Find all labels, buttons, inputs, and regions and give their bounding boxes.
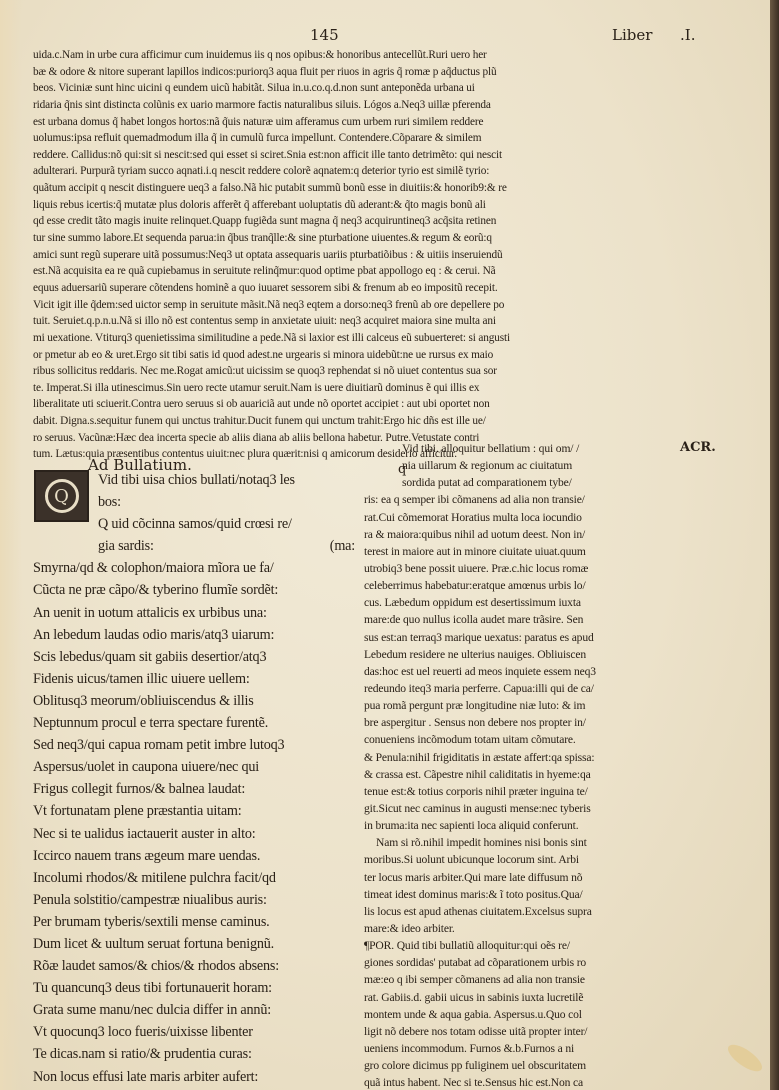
gloss-line: quã intus habent. Nec si te.Sensus hic e… — [364, 1074, 676, 1090]
commentary-line: Vicit igit ille q̃dem:sed uictor semp in… — [33, 297, 673, 314]
gloss-line: Vid tibi. alloquitur bellatium : qui om/… — [364, 440, 676, 457]
commentary-line: est.Nã acquisita ea re quã cupiebamus in… — [33, 263, 673, 280]
gloss-line: sus est:an terraq3 marique uexatus: para… — [364, 629, 676, 646]
poem-line: Vt fortunatam plene præstantia uitam: — [33, 800, 363, 822]
poem-line: Oblitusq3 meorum/obliuiscendus & illis — [33, 690, 363, 712]
poem-line: Penula solstitio/campestræ niualibus aur… — [33, 889, 363, 911]
margin-note: ACR. — [680, 440, 716, 455]
gloss-line: conueniens incõmodum totam uitam cõmutar… — [364, 731, 676, 748]
commentary-line: or pmetur ab eo & uret.Ergo sit tibi sat… — [33, 347, 673, 364]
poem-line: Scis lebedus/quam sit gabiis desertior/a… — [33, 646, 363, 668]
commentary-block: uida.c.Nam in urbe cura afficimur cum in… — [33, 47, 673, 463]
gloss-line: ligit nõ debere nos totam odisse uitã pr… — [364, 1023, 676, 1040]
gloss-line: & Penula:nihil frigiditatis in æstate af… — [364, 749, 676, 766]
poem-line: Sed neq3/qui capua romam petit imbre lut… — [33, 734, 363, 756]
gloss-line: utrobiq3 bene possit uiuere. Præ.c.hic l… — [364, 560, 676, 577]
poem-line: Tu quancunq3 deus tibi fortunauerit hora… — [33, 977, 363, 999]
gloss-line: rat. Gabiis.d. gabii uicus in sabinis iu… — [364, 989, 676, 1006]
poem-line: Dum licet & uultum seruat fortuna benign… — [33, 933, 363, 955]
gloss-line: tenue est:& totius corporis nihil præter… — [364, 783, 676, 800]
gloss-line: ueniens incommodum. Furnos &.b.Furnos a … — [364, 1040, 676, 1057]
commentary-line: bæ & odore & nitore superant lapillos in… — [33, 64, 673, 81]
gloss-line: montem unde & aqua gabia. Aspersus.u.Quo… — [364, 1006, 676, 1023]
page-gutter-shadow — [0, 0, 22, 1090]
poem-overflow-word: (ma: — [330, 535, 355, 557]
commentary-line: adulterari. Purpurã tyriam succo aqnati.… — [33, 163, 673, 180]
initial-letter: Q — [45, 479, 79, 513]
gloss-line: in bruma:ita nec sapienti loca aliquid c… — [364, 817, 676, 834]
poem-line: Te dicas.nam si ratio/& prudentia curas: — [33, 1043, 363, 1065]
commentary-line: equus aduersariũ superare cõtendens homi… — [33, 280, 673, 297]
gloss-line: terest in maiore aut in minore ciuitate … — [364, 543, 676, 560]
gloss-line: celeberrimus habebatur:eratque amœnus ur… — [364, 577, 676, 594]
folio-number: 145 — [310, 26, 339, 44]
book-number: .I. — [680, 26, 695, 44]
commentary-line: mi uexatione. Vtiturq3 quenietissima sim… — [33, 330, 673, 347]
commentary-line: ridaria q̃nis sint distincta colũnis ex … — [33, 97, 673, 114]
gloss-line: mare:de quo nullus icolla audet mare trã… — [364, 611, 676, 628]
poem-line: Aspersus/uolet in caupona uiuere/nec qui — [33, 756, 363, 778]
gloss-line: & crassa est. Cãpestre nihil caliditatis… — [364, 766, 676, 783]
poem-line: Iccirco nauem trans ægeum mare uendas. — [33, 845, 363, 867]
poem-line: Neptunnum procul e terra spectare furent… — [33, 712, 363, 734]
commentary-line: est urbana domus q̃ habet longos hortos:… — [33, 114, 673, 131]
page-right-edge — [770, 0, 779, 1090]
gloss-line: gro colore dicimus pp fuliginem uel obsc… — [364, 1057, 676, 1074]
poem-line: gia sardis:(ma: — [33, 535, 363, 557]
gloss-line: ra & maiora:quibus nihil ad uotum deest.… — [364, 526, 676, 543]
poem-line: Vt quocunq3 loco fueris/uixisse libenter — [33, 1021, 363, 1043]
commentary-line: beos. Viciniæ sunt hinc uicini q eundem … — [33, 80, 673, 97]
gloss-line: timeat idest dominus maris:& ĩ toto posi… — [364, 886, 676, 903]
commentary-line: quãtum accipit q nescit distinguere ueq3… — [33, 180, 673, 197]
gloss-line: git.Sicut nec caminus in augusti mense:n… — [364, 800, 676, 817]
commentary-line: uida.c.Nam in urbe cura afficimur cum in… — [33, 47, 673, 64]
poem-line: Per brumam tyberis/sextili mense caminus… — [33, 911, 363, 933]
gloss-line: mare:& ideo arbiter. — [364, 920, 676, 937]
poem-line: Smyrna/qd & colophon/maiora mĩora ue fa/ — [33, 557, 363, 579]
poem-line: Incolumi rhodos/& mitilene pulchra facit… — [33, 867, 363, 889]
poem-line: Fidenis uicus/tamen illic uiuere uellem: — [33, 668, 363, 690]
gloss-line: Nam si rõ.nihil impedit homines nisi bon… — [364, 834, 676, 851]
gloss-line: nia uillarum & regionum ac ciuitatum — [364, 457, 676, 474]
running-title: Liber — [612, 26, 652, 44]
poem-line: Frigus collegit furnos/& balnea laudat: — [33, 778, 363, 800]
poem-line: An uenit in uotum attalicis ex urbibus u… — [33, 602, 363, 624]
gloss-line: das:hoc est uel reuerti ad meos inquiete… — [364, 663, 676, 680]
commentary-line: qd esse credit tãto magis inuite relinqu… — [33, 213, 673, 230]
gloss-line: ¶POR. Quid tibi bullatiũ alloquitur:qui … — [364, 937, 676, 954]
gloss-line: Lebedum residere ne ulterius nauiges. Ob… — [364, 646, 676, 663]
commentary-line: tur sine summo labore.Et sequenda parua:… — [33, 230, 673, 247]
commentary-line: dabit. Digna.s.sequitur funem qui unctus… — [33, 413, 673, 430]
gloss-line: bre aspergitur . Sensus non debere nos p… — [364, 714, 676, 731]
poem-block: Vid tibi uisa chios bullati/notaq3 les b… — [33, 469, 363, 1088]
gloss-block: Vid tibi. alloquitur bellatium : qui om/… — [364, 440, 676, 1090]
commentary-line: amici sunt regũ superare uitã possumus:N… — [33, 247, 673, 264]
gloss-line: sordida putat ad comparationem tybe/ — [364, 474, 676, 491]
gloss-line: rat.Cui cõmemorat Horatius multa loca io… — [364, 509, 676, 526]
commentary-line: liberalitate uti sciuerit.Contra uero se… — [33, 396, 673, 413]
gloss-line: cus. Læbedum oppidum est desertissimum i… — [364, 594, 676, 611]
poem-line: An lebedum laudas odio maris/atq3 uiarum… — [33, 624, 363, 646]
poem-line: Nec si te ualidus iactauerit auster in a… — [33, 823, 363, 845]
poem-line: Non locus effusi late maris arbiter aufe… — [33, 1066, 363, 1088]
gloss-line: pua romã pergunt præ longitudine niæ lut… — [364, 697, 676, 714]
commentary-line: ribus sollicitus reddaris. Nec me.Rogat … — [33, 363, 673, 380]
poem-line-text: gia sardis: — [98, 538, 154, 554]
commentary-line: te. Imperat.Si illa utinescimus.Sin uero… — [33, 380, 673, 397]
gloss-line: giones sordidas' putabat ad cõparationem… — [364, 954, 676, 971]
poem-line: Rõæ laudet samos/& chios/& rhodos absens… — [33, 955, 363, 977]
commentary-line: liquis rebus icertis:q̃ mutatæ plus dolo… — [33, 197, 673, 214]
decorated-initial-icon: Q — [34, 470, 89, 522]
gloss-line: redeundo iteq3 maria perferre. Capua:ill… — [364, 680, 676, 697]
poem-line: Cũcta ne præ cãpo/& tyberino flumĩe sord… — [33, 579, 363, 601]
poem-line: Grata sume manu/nec dulcia differ in ann… — [33, 999, 363, 1021]
gloss-line: ter locus maris arbiter.Qui mare late di… — [364, 869, 676, 886]
gloss-line: lis locus est apud athenas ciuitatem.Exc… — [364, 903, 676, 920]
commentary-line: tuit. Seruiet.q.p.n.u.Nã si illo nõ est … — [33, 313, 673, 330]
gloss-line: ris: ea q semper ibi cõmanens ad alia no… — [364, 491, 676, 508]
commentary-line: uolumus:ipsa refluit quemadmodum illa q̃… — [33, 130, 673, 147]
gloss-line: mæ:eo q ibi semper cõmanens ad alia non … — [364, 971, 676, 988]
commentary-line: reddere. Callidus:nõ qui:sit si nescit:s… — [33, 147, 673, 164]
gloss-line: moribus.Si uolunt ubicunque locorum sint… — [364, 851, 676, 868]
